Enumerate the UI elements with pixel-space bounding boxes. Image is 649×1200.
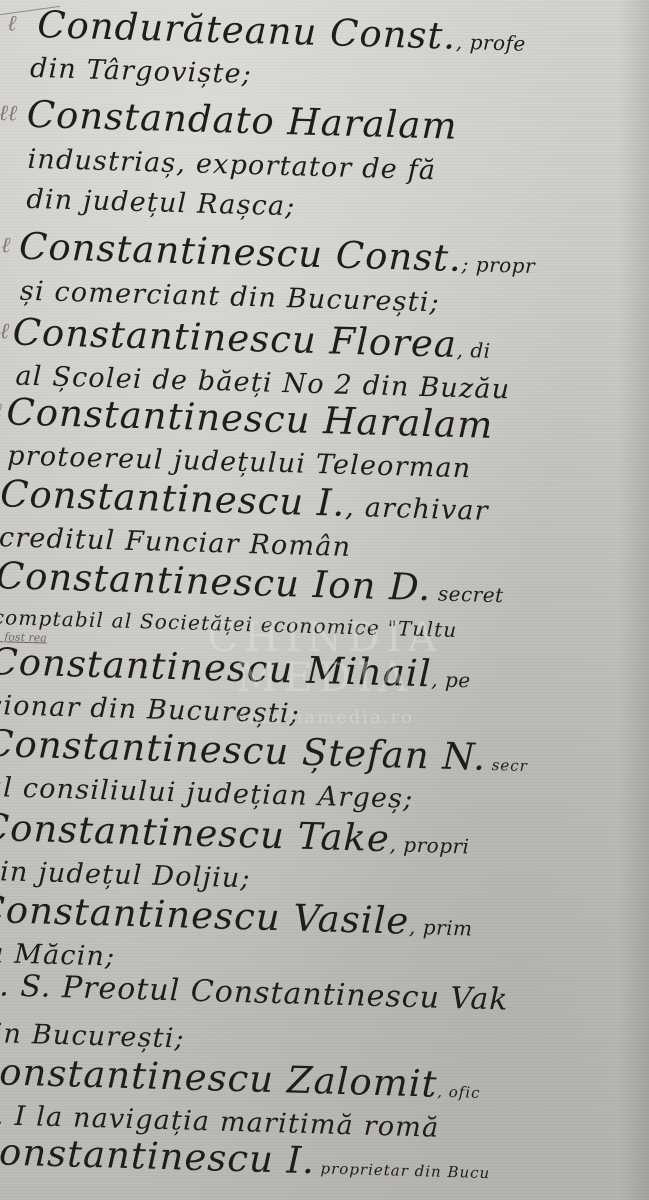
entry-desc-11: la Măcin; [0,938,116,973]
entry-head-8: Constantinescu Mihail, pe [0,640,471,696]
entry-head-9: Constantinescu Ștefan N. secr [0,722,529,780]
entry-head-4: Constantinescu Florea, di [12,310,491,366]
entry-desc-7: comptabil al Societăței economice "Tultu [0,605,458,642]
entry-desc-2b: din județul Rașca; [26,184,296,223]
margin-check-mark: ℓ [0,398,2,424]
margin-check-mark: ℓℓ [0,318,9,345]
entry-head-11: Constantinescu Vasile, prim [0,888,473,945]
entry-head-7: Constantinescu Ion D. secret [0,554,504,611]
entry-desc-1: din Târgoviște; [30,53,253,90]
entry-head-2: Constandato Haralam [26,93,458,148]
manuscript-page: ℓ Condurăteanu Const., profe din Târgovi… [0,0,649,1200]
entry-head-13: Constantinescu Zalomit, ofic [0,1050,481,1107]
entry-head-12: C. S. Preotul Constantinescu Vak [0,968,509,1018]
entry-head-1: Condurăteanu Const., profe [37,3,527,60]
margin-check-mark: ℓ [1,232,11,258]
entry-desc-12: din București; [0,1018,185,1055]
margin-check-mark: ℓ [7,10,17,36]
entry-desc-2: industriaș, exportator de fă [27,144,437,186]
handwritten-text-block: ℓ Condurăteanu Const., profe din Târgovi… [0,0,649,20]
margin-check-mark: ℓℓ [0,100,18,127]
entry-head-3: Constantinescu Const.; propr [19,225,536,282]
